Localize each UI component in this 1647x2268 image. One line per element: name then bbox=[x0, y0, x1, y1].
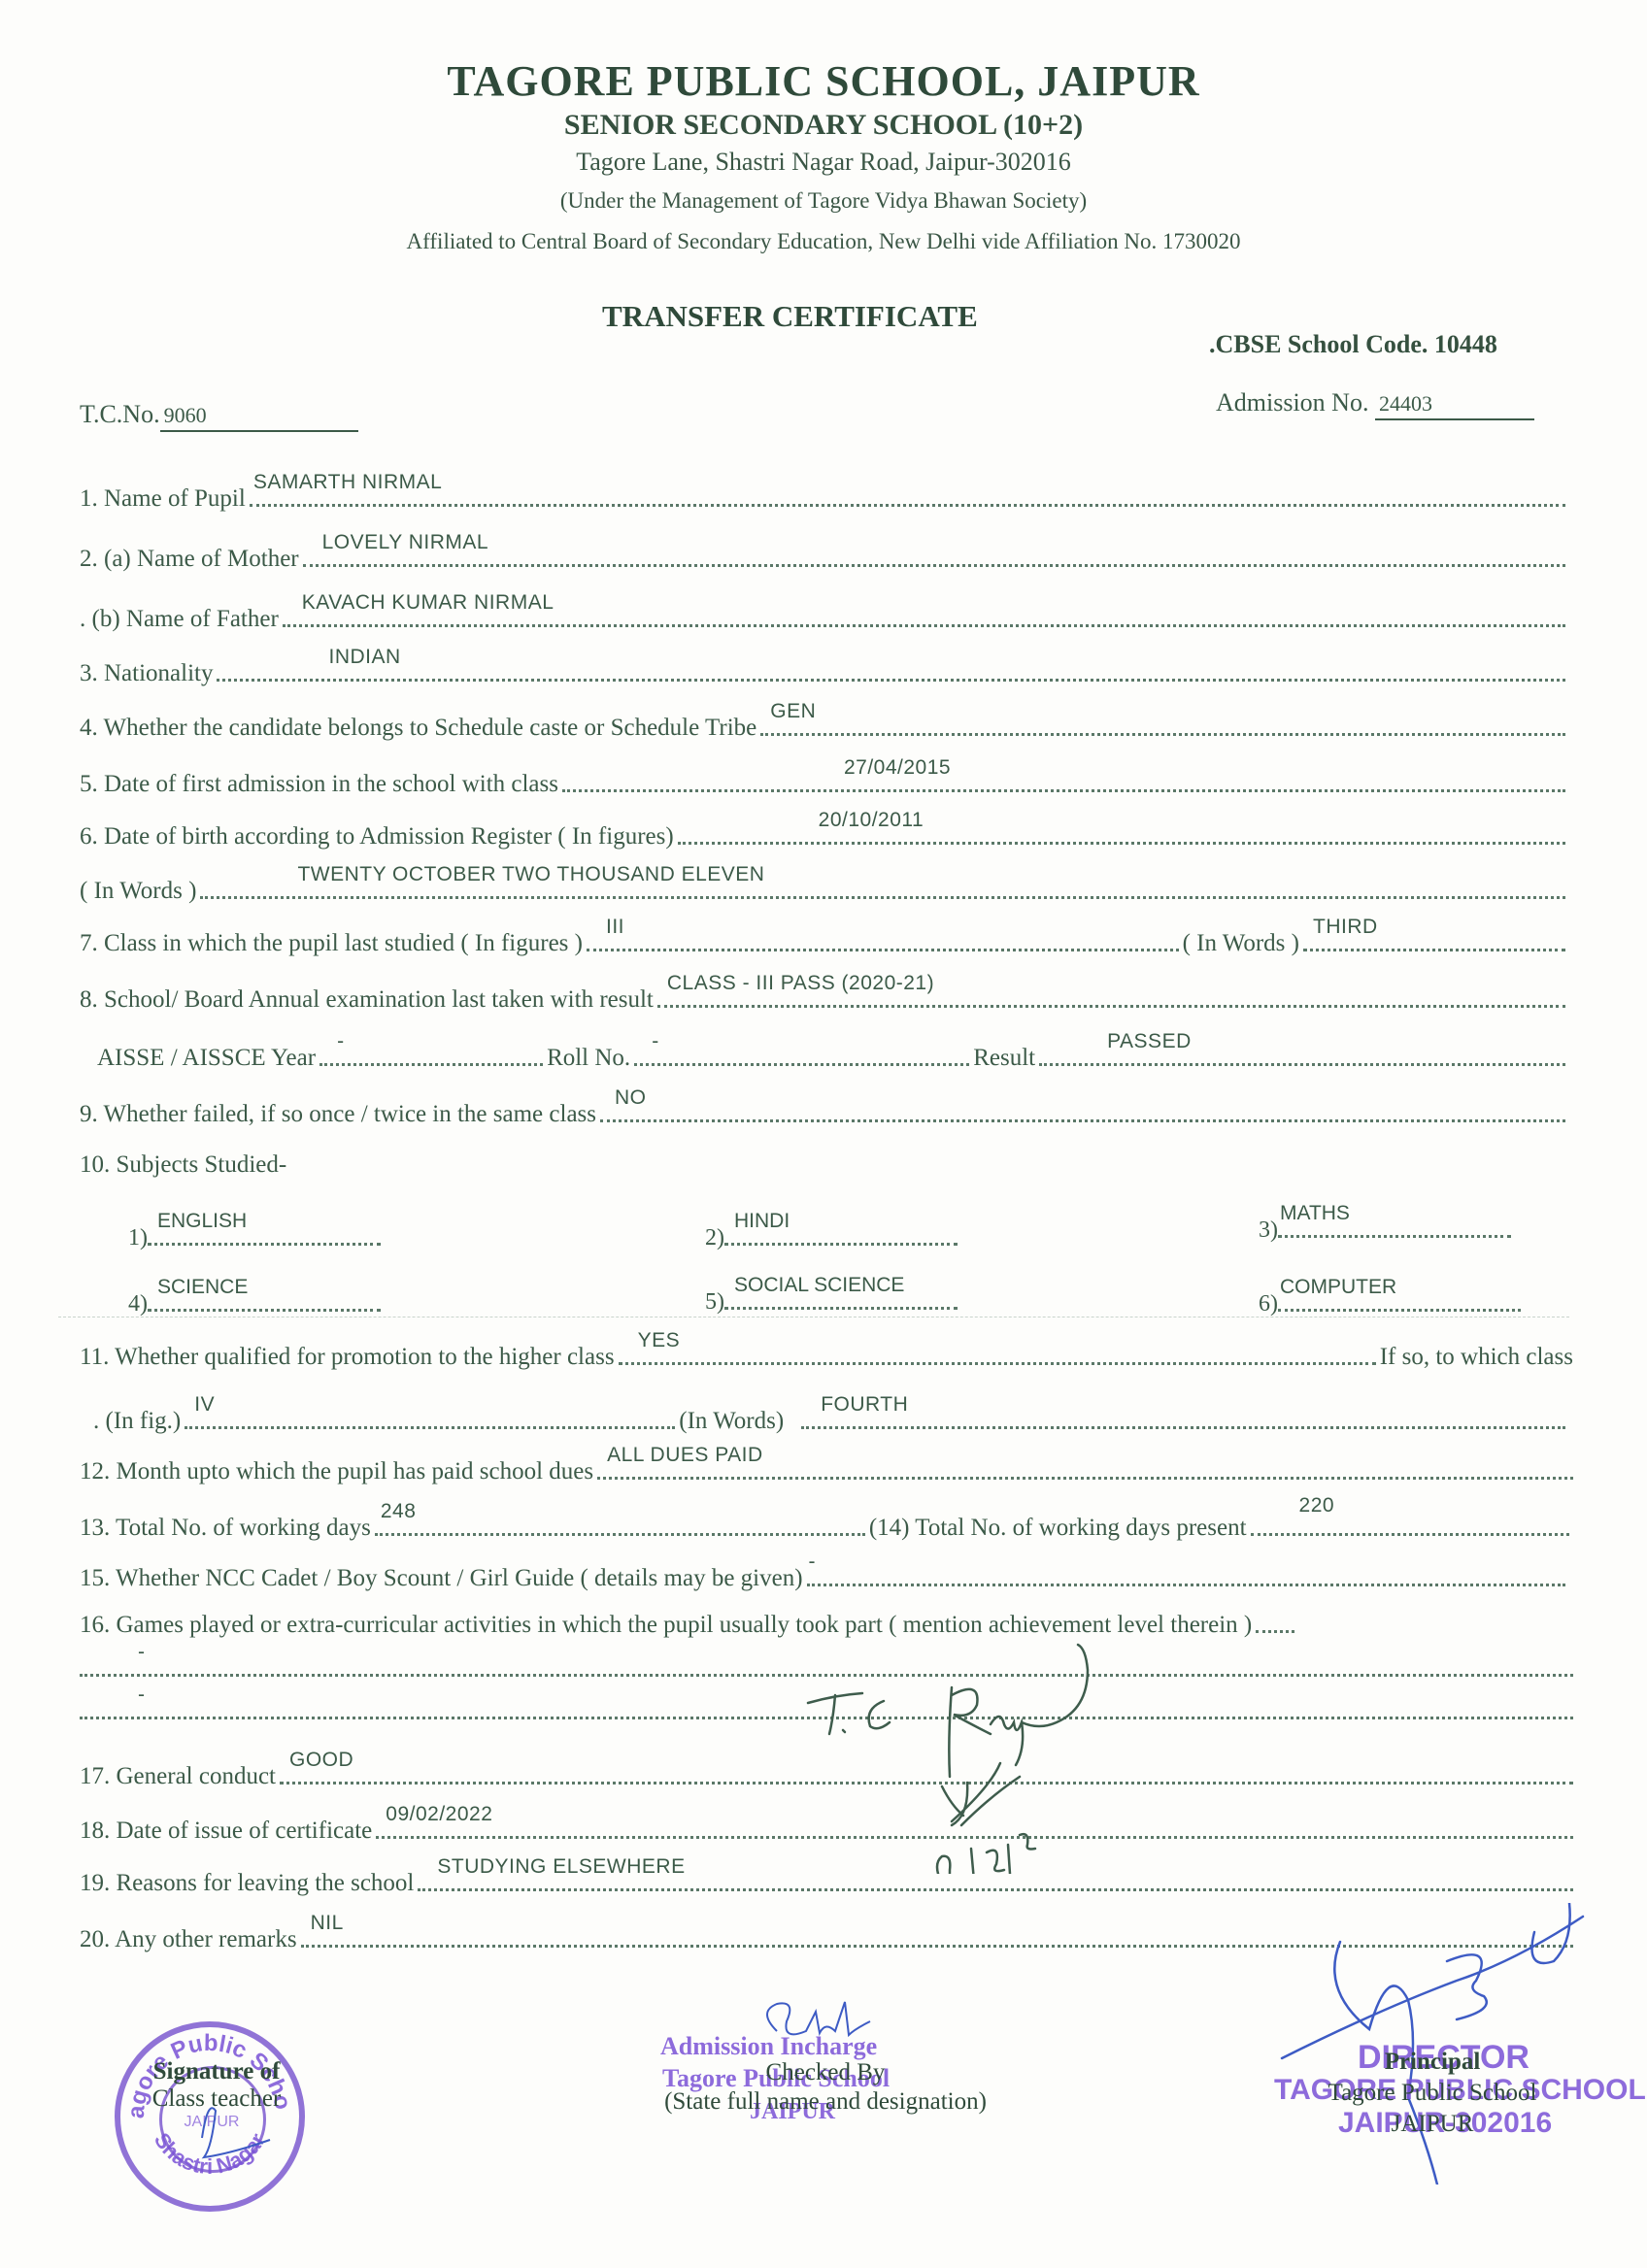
field-label: 20. Any other remarks bbox=[80, 1926, 297, 1953]
field-nationality: 3. Nationality INDIAN bbox=[80, 660, 1565, 687]
subject-number: 4) bbox=[128, 1291, 148, 1317]
school-affiliation: Affiliated to Central Board of Secondary… bbox=[0, 229, 1647, 254]
subject-name: SCIENCE bbox=[157, 1276, 248, 1299]
field-first-admission: 5. Date of first admission in the school… bbox=[80, 771, 1565, 798]
subject-number: 5) bbox=[705, 1289, 724, 1316]
subject-item: 6) COMPUTER bbox=[1259, 1291, 1521, 1317]
field-value: TWENTY OCTOBER TWO THOUSAND ELEVEN bbox=[297, 863, 764, 886]
field-label: 2. (a) Name of Mother bbox=[80, 546, 299, 573]
field-value: STUDYING ELSEWHERE bbox=[437, 1855, 685, 1879]
field-value: GOOD bbox=[289, 1749, 353, 1772]
admission-number-label: Admission No. bbox=[1216, 388, 1368, 417]
subject-name: ENGLISH bbox=[157, 1210, 247, 1233]
subject-number: 2) bbox=[705, 1225, 724, 1251]
field-value: NIL bbox=[311, 1912, 344, 1935]
field-value: NO bbox=[615, 1086, 647, 1110]
signature-label: Tagore Public School bbox=[1282, 2078, 1583, 2109]
signature-label: JAIPUR bbox=[1282, 2109, 1583, 2140]
field-label: 8. School/ Board Annual examination last… bbox=[80, 986, 654, 1014]
tc-number-value: 9060 bbox=[160, 403, 358, 432]
field-label: 5. Date of first admission in the school… bbox=[80, 771, 558, 798]
field-value: 27/04/2015 bbox=[844, 756, 951, 780]
document-title: TRANSFER CERTIFICATE bbox=[602, 299, 978, 334]
signature-label: Class teacher bbox=[105, 2085, 328, 2113]
field-value: THIRD bbox=[1313, 916, 1378, 939]
school-address: Tagore Lane, Shastri Nagar Road, Jaipur-… bbox=[0, 148, 1647, 177]
field-label: 1. Name of Pupil bbox=[80, 485, 246, 513]
signature-checked-by: Checked By (State full name and designat… bbox=[612, 2058, 1039, 2117]
field-value: III bbox=[606, 916, 624, 939]
field-last-exam: 8. School/ Board Annual examination last… bbox=[80, 986, 1565, 1014]
signature-label: Principal bbox=[1282, 2047, 1583, 2078]
subject-number: 3) bbox=[1259, 1217, 1278, 1244]
divider bbox=[58, 1317, 1569, 1317]
field-value: INDIAN bbox=[328, 646, 400, 669]
field-label: 17. General conduct bbox=[80, 1763, 276, 1790]
subjects-heading: 10. Subjects Studied- bbox=[80, 1151, 1565, 1179]
admission-number-value: 24403 bbox=[1375, 391, 1534, 420]
field-value: - bbox=[809, 1551, 817, 1574]
field-value: YES bbox=[638, 1329, 681, 1352]
subject-item: 4) SCIENCE bbox=[128, 1291, 381, 1317]
field-last-class: 7. Class in which the pupil last studied… bbox=[80, 930, 1565, 957]
field-label: 10. Subjects Studied- bbox=[80, 1151, 286, 1179]
field-pupil-name: 1. Name of Pupil SAMARTH NIRMAL bbox=[80, 485, 1565, 513]
field-label: If so, to which class bbox=[1380, 1344, 1573, 1371]
signature-label: Signature of bbox=[105, 2058, 328, 2085]
field-dues: 12. Month upto which the pupil has paid … bbox=[80, 1458, 1573, 1485]
field-label: 16. Games played or extra-curricular act… bbox=[80, 1612, 1252, 1639]
field-value: FOURTH bbox=[821, 1393, 908, 1417]
signature-label: (State full name and designation) bbox=[612, 2087, 1039, 2117]
school-management: (Under the Management of Tagore Vidya Bh… bbox=[0, 188, 1647, 214]
signature-principal: Principal Tagore Public School JAIPUR bbox=[1282, 2047, 1583, 2140]
field-label: . (In fig.) bbox=[93, 1408, 181, 1435]
field-label: AISSE / AISSCE Year bbox=[97, 1045, 316, 1072]
field-value: KAVACH KUMAR NIRMAL bbox=[302, 591, 555, 615]
field-ncc: 15. Whether NCC Cadet / Boy Scount / Gir… bbox=[80, 1565, 1565, 1592]
subject-name: SOCIAL SCIENCE bbox=[734, 1274, 904, 1297]
svg-text:JAIPUR: JAIPUR bbox=[185, 2114, 240, 2130]
svg-text:Shastri Nagar: Shastri Nagar bbox=[150, 2128, 271, 2179]
field-value: ALL DUES PAID bbox=[607, 1444, 763, 1467]
field-value: 220 bbox=[1299, 1494, 1335, 1518]
field-dob-words: ( In Words ) TWENTY OCTOBER TWO THOUSAND… bbox=[80, 878, 1565, 905]
field-label: 12. Month upto which the pupil has paid … bbox=[80, 1458, 593, 1485]
field-value: CLASS - III PASS (2020-21) bbox=[667, 972, 934, 995]
field-caste: 4. Whether the candidate belongs to Sche… bbox=[80, 715, 1565, 742]
field-label: Roll No. bbox=[547, 1045, 630, 1072]
field-label: (In Words) bbox=[679, 1408, 784, 1435]
field-promotion-class: . (In fig.) IV (In Words) FOURTH bbox=[93, 1408, 1565, 1435]
field-label: 6. Date of birth according to Admission … bbox=[80, 823, 674, 850]
subject-name: HINDI bbox=[734, 1210, 790, 1233]
field-value: LOVELY NIRMAL bbox=[322, 531, 488, 554]
field-value: 09/02/2022 bbox=[386, 1803, 492, 1826]
field-value: 20/10/2011 bbox=[819, 809, 924, 832]
field-dob-figures: 6. Date of birth according to Admission … bbox=[80, 823, 1565, 850]
field-value: GEN bbox=[770, 700, 816, 723]
field-label: 15. Whether NCC Cadet / Boy Scount / Gir… bbox=[80, 1565, 803, 1592]
field-failed: 9. Whether failed, if so once / twice in… bbox=[80, 1101, 1565, 1128]
field-working-days: 13. Total No. of working days 248 (14) T… bbox=[80, 1515, 1569, 1542]
school-seal-text: Tagore Public School Shastri Nagar JAIPU… bbox=[115, 2021, 305, 2212]
subject-number: 1) bbox=[128, 1225, 148, 1251]
school-name: TAGORE PUBLIC SCHOOL, JAIPUR bbox=[0, 56, 1647, 106]
admission-incharge-signature bbox=[748, 1992, 884, 2051]
field-label: 4. Whether the candidate belongs to Sche… bbox=[80, 715, 756, 742]
field-label: ( In Words ) bbox=[1183, 930, 1299, 957]
field-value: - bbox=[138, 1684, 146, 1707]
field-label: . (b) Name of Father bbox=[80, 606, 279, 633]
field-label: 13. Total No. of working days bbox=[80, 1515, 371, 1542]
field-value: IV bbox=[194, 1393, 215, 1417]
tc-number-label: T.C.No. bbox=[80, 400, 160, 428]
field-label: 18. Date of issue of certificate bbox=[80, 1818, 372, 1845]
admission-number: Admission No. 24403 bbox=[1216, 388, 1534, 420]
cbse-school-code: .CBSE School Code. 10448 bbox=[1209, 330, 1497, 359]
subject-item: 2) HINDI bbox=[705, 1225, 958, 1251]
field-value: - bbox=[652, 1030, 659, 1053]
field-aisse: AISSE / AISSCE Year - Roll No. - Result … bbox=[97, 1045, 1565, 1072]
field-label: Result bbox=[973, 1045, 1035, 1072]
field-label: 11. Whether qualified for promotion to t… bbox=[80, 1344, 615, 1371]
signature-class-teacher: Signature of Class teacher bbox=[105, 2058, 328, 2113]
subject-item: 5) SOCIAL SCIENCE bbox=[705, 1289, 958, 1316]
field-label: 9. Whether failed, if so once / twice in… bbox=[80, 1101, 596, 1128]
field-father-name: . (b) Name of Father KAVACH KUMAR NIRMAL bbox=[80, 606, 1565, 633]
field-mother-name: 2. (a) Name of Mother LOVELY NIRMAL bbox=[80, 546, 1565, 573]
school-level: SENIOR SECONDARY SCHOOL (10+2) bbox=[0, 109, 1647, 142]
field-games: 16. Games played or extra-curricular act… bbox=[80, 1612, 1583, 1639]
field-value: 248 bbox=[381, 1500, 417, 1523]
subject-name: MATHS bbox=[1280, 1202, 1350, 1225]
field-value: - bbox=[138, 1641, 146, 1664]
subject-number: 6) bbox=[1259, 1291, 1278, 1317]
subject-item: 3) MATHS bbox=[1259, 1217, 1511, 1244]
field-label: (14) Total No. of working days present bbox=[869, 1515, 1247, 1542]
handwritten-tc-received bbox=[796, 1641, 1146, 1874]
field-label: 19. Reasons for leaving the school bbox=[80, 1870, 414, 1897]
field-leaving-reason: 19. Reasons for leaving the school STUDY… bbox=[80, 1870, 1573, 1897]
subject-item: 1) ENGLISH bbox=[128, 1225, 381, 1251]
field-promotion: 11. Whether qualified for promotion to t… bbox=[80, 1344, 1573, 1371]
field-label: 7. Class in which the pupil last studied… bbox=[80, 930, 583, 957]
field-label: ( In Words ) bbox=[80, 878, 196, 905]
field-value: SAMARTH NIRMAL bbox=[253, 471, 442, 494]
signature-label: Checked By bbox=[612, 2058, 1039, 2087]
field-label: 3. Nationality bbox=[80, 660, 213, 687]
tc-number: T.C.No.9060 bbox=[80, 400, 358, 432]
subject-name: COMPUTER bbox=[1280, 1276, 1396, 1299]
field-value: PASSED bbox=[1107, 1030, 1192, 1053]
field-value: - bbox=[337, 1030, 345, 1053]
